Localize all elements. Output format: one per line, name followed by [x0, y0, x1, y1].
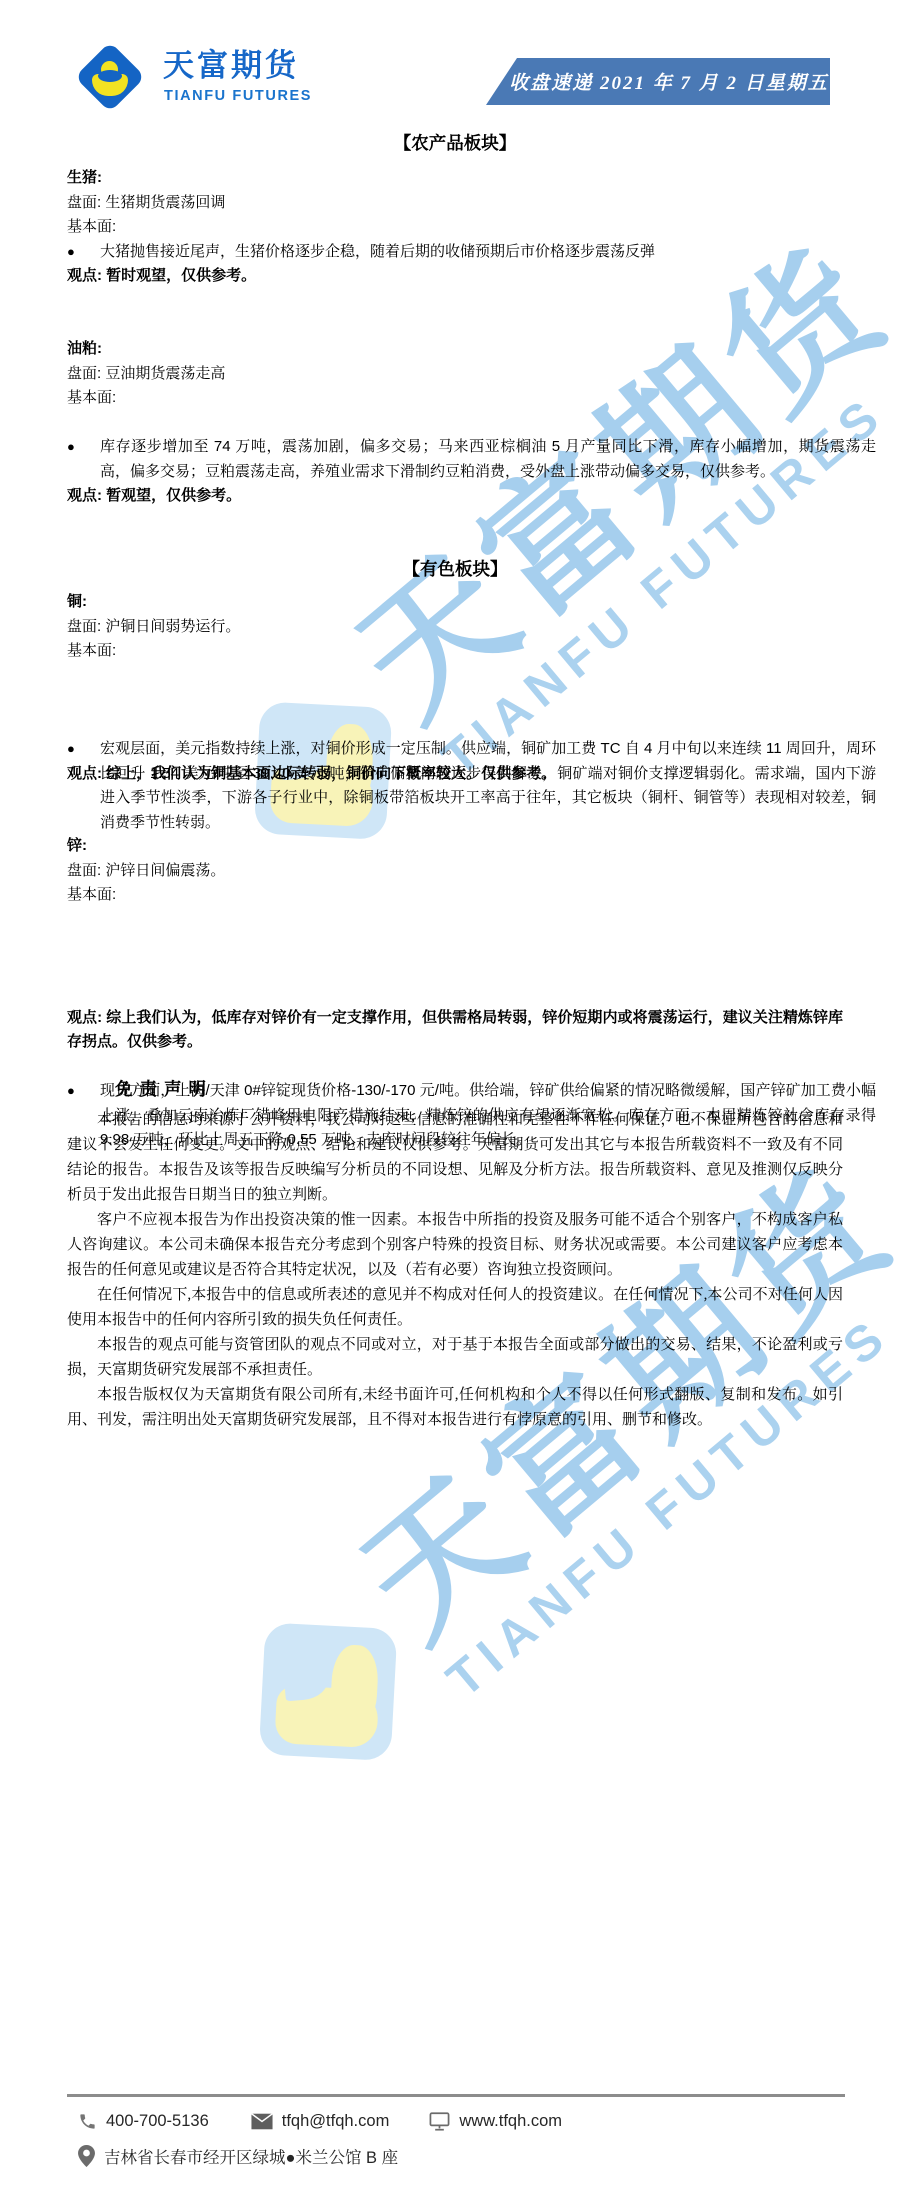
oil-bullet: ● 库存逐步增加至 74 万吨，震荡加剧，偏多交易；马来西亚棕榈油 5 月产量同…	[67, 435, 876, 484]
footer-address: 吉林省长春市经开区绿城●米兰公馆 B 座	[78, 2144, 398, 2168]
zinc-view: 观点: 综上我们认为，低库存对锌价有一定支撑作用，但供需格局转弱，锌价短期内或将…	[67, 1006, 843, 1055]
footer-contact-row: 400-700-5136 tfqh@tfqh.com www.tfqh.com	[78, 2112, 562, 2131]
footer-email-text: tfqh@tfqh.com	[282, 2112, 390, 2131]
report-date-banner: 收盘速递 2021 年 7 月 2 日星期五	[486, 58, 830, 105]
pig-view: 观点: 暂时观望，仅供参考。	[67, 264, 843, 289]
copper-pan: 盘面: 沪铜日间弱势运行。	[67, 615, 843, 640]
disclaimer-body: 本报告的信息均来源于公开资料，我公司对这些信息的准确性和完整性不作任何保证，也不…	[67, 1108, 843, 1433]
disclaimer-paragraph: 客户不应视本报告为作出投资决策的惟一因素。本报告中所指的投资及服务可能不适合个别…	[67, 1208, 843, 1283]
oil-bullet-text: 库存逐步增加至 74 万吨，震荡加剧，偏多交易；马来西亚棕榈油 5 月产量同比下…	[100, 438, 876, 480]
phone-icon	[78, 2112, 97, 2131]
footer-phone-text: 400-700-5136	[106, 2112, 209, 2131]
pig-pan: 盘面: 生猪期货震荡回调	[67, 191, 843, 216]
disclaimer-paragraph: 本报告版权仅为天富期货有限公司所有,未经书面许可,任何机构和个人不得以任何形式翻…	[67, 1383, 843, 1433]
zinc-name: 锌:	[67, 834, 843, 859]
disclaimer-paragraph: 在任何情况下,本报告中的信息或所表述的意见并不构成对任何人的投资建议。在任何情况…	[67, 1283, 843, 1333]
company-name-cn: 天富期货	[163, 49, 299, 83]
footer-address-text: 吉林省长春市经开区绿城●米兰公馆 B 座	[104, 2144, 398, 2168]
oil-base-label: 基本面:	[67, 386, 843, 411]
footer-phone: 400-700-5136	[78, 2112, 209, 2131]
disclaimer-paragraph: 本报告的信息均来源于公开资料，我公司对这些信息的准确性和完整性不作任何保证，也不…	[67, 1108, 843, 1208]
oil-pan: 盘面: 豆油期货震荡走高	[67, 362, 843, 387]
bullet-icon: ●	[67, 240, 75, 265]
zinc-pan: 盘面: 沪锌日间偏震荡。	[67, 859, 843, 884]
pig-name: 生猪:	[67, 166, 843, 191]
company-name-en: TIANFU FUTURES	[164, 88, 312, 104]
monitor-icon	[429, 2112, 450, 2131]
disclaimer-title: 免责声明	[115, 1076, 213, 1101]
footer-divider	[67, 2094, 845, 2097]
footer-email[interactable]: tfqh@tfqh.com	[251, 2112, 390, 2131]
watermark-logo-icon	[259, 1622, 398, 1761]
copper-name: 铜:	[67, 590, 843, 615]
copper-base-label: 基本面:	[67, 639, 843, 664]
oil-view: 观点: 暂观望，仅供参考。	[67, 484, 843, 509]
footer-website-text: www.tfqh.com	[459, 2112, 562, 2131]
mail-icon	[251, 2113, 273, 2130]
pig-base-label: 基本面:	[67, 215, 843, 240]
footer-website[interactable]: www.tfqh.com	[429, 2112, 562, 2131]
bullet-icon: ●	[67, 435, 75, 460]
zinc-base-label: 基本面:	[67, 883, 843, 908]
copper-bullet: ● 宏观层面，美元指数持续上涨，对铜价形成一定压制。供应端，铜矿加工费 TC 自…	[67, 737, 876, 835]
section-title-metal: 【有色板块】	[67, 556, 843, 582]
disclaimer-paragraph: 本报告的观点可能与资管团队的观点不同或对立，对于基于本报告全面或部分做出的交易、…	[67, 1333, 843, 1383]
pig-bullet: ● 大猪抛售接近尾声，生猪价格逐步企稳，随着后期的收储预期后市价格逐步震荡反弹	[67, 240, 876, 265]
section-title-agri: 【农产品板块】	[67, 130, 843, 156]
pig-bullet-text: 大猪抛售接近尾声，生猪价格逐步企稳，随着后期的收储预期后市价格逐步震荡反弹	[100, 243, 655, 260]
footer-address-row: 吉林省长春市经开区绿城●米兰公馆 B 座	[78, 2144, 398, 2168]
oil-name: 油粕:	[67, 337, 843, 362]
report-date-text: 收盘速递 2021 年 7 月 2 日星期五	[487, 68, 829, 95]
company-logo-icon	[75, 42, 146, 113]
bullet-icon: ●	[67, 1079, 75, 1104]
bullet-icon: ●	[67, 737, 75, 762]
location-pin-icon	[78, 2145, 95, 2167]
copper-view: 观点: 综上，我们认为铜基本面边际转弱，铜价向下概率较大。仅供参考。	[67, 762, 843, 787]
